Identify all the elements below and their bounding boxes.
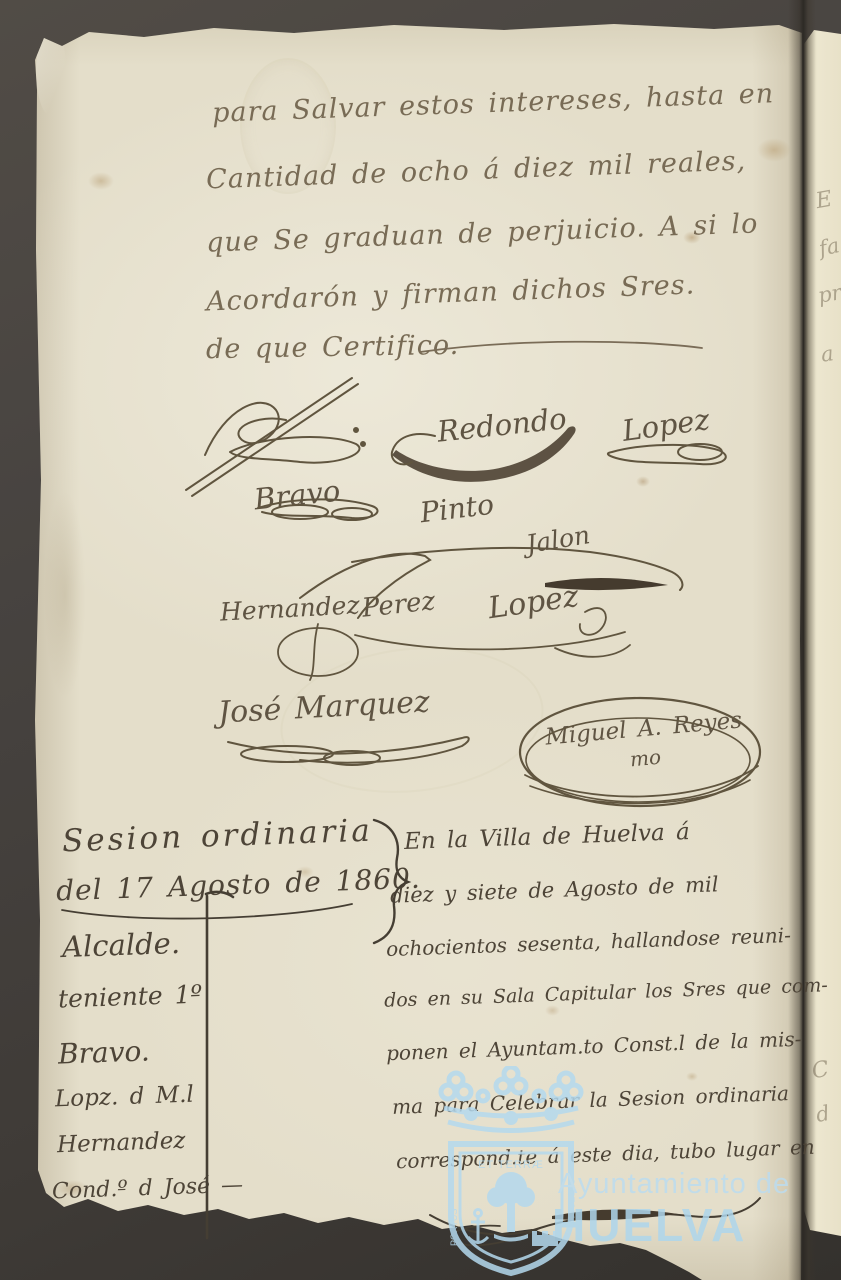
margin-note: Cond.º d José — xyxy=(52,1173,244,1205)
signature-hernandez: Hernandez xyxy=(219,590,360,626)
ink-smear xyxy=(545,578,668,590)
signature-jalon: Jalon xyxy=(524,520,592,559)
signature-lopez-1: Lopez xyxy=(620,402,712,448)
signature-redondo: Redondo xyxy=(436,401,569,448)
signature-lopez-2: Lopez xyxy=(486,579,581,626)
body-line: En la Villa de Huelva á xyxy=(404,819,691,855)
scanned-document-scene: E fa pr a C d para Salvar estos interese… xyxy=(0,0,841,1280)
signature-pinto: Pinto xyxy=(418,488,495,530)
body-line: dos en su Sala Capitular los Sres que co… xyxy=(384,974,828,1011)
signature-miguel-reyes: Miguel A. Reyes xyxy=(544,707,743,750)
brace xyxy=(374,820,408,943)
ink-layer: para Salvar estos intereses, hasta en Ca… xyxy=(0,0,841,1280)
body-line: ponen el Ayuntam.to Const.l de la mis- xyxy=(386,1027,802,1065)
signature-rubric-illegible xyxy=(205,403,286,455)
signature-miguel-reyes-flourish-text: mo xyxy=(629,745,662,772)
ink-flourishes xyxy=(0,0,841,1280)
ink-smear xyxy=(552,1209,678,1220)
margin-note: teniente 1º xyxy=(58,979,203,1013)
session-heading-line: del 17 Agosto de 1860. xyxy=(56,862,422,908)
manuscript-line: que Se graduan de perjuicio. A si lo xyxy=(206,208,759,258)
margin-note: Lopz. d M.l xyxy=(55,1082,195,1113)
body-line: diez y siete de Agosto de mil xyxy=(390,872,719,907)
signature-redondo-ribbon xyxy=(392,426,576,481)
signature-jose-marquez: José Marquez xyxy=(217,684,430,730)
margin-rule xyxy=(206,892,233,1238)
session-heading-line: Sesion ordinaria xyxy=(61,813,373,860)
margin-note: Bravo. xyxy=(57,1034,150,1070)
manuscript-line: de que Certifico. xyxy=(206,330,460,365)
body-line: correspond.te á este dia, tubo lugar en xyxy=(396,1135,815,1174)
signature-reyes-rubric xyxy=(520,698,760,806)
manuscript-line: Cantidad de ocho á diez mil reales, xyxy=(206,146,747,196)
signature-bravo: Bravo xyxy=(252,474,341,517)
body-line: ma para Celebrar la Sesion ordinaria xyxy=(392,1081,790,1119)
signature-perez: Perez xyxy=(361,586,437,623)
margin-note: Hernandez xyxy=(57,1128,186,1158)
manuscript-line: para Salvar estos intereses, hasta en xyxy=(212,78,775,129)
signature-perez-rubric xyxy=(278,628,358,676)
body-line: ochocientos sesenta, hallandose reuni- xyxy=(386,923,792,961)
margin-note: Alcalde. xyxy=(61,926,180,964)
manuscript-line: Acordarón y firman dichos Sres. xyxy=(206,269,696,317)
